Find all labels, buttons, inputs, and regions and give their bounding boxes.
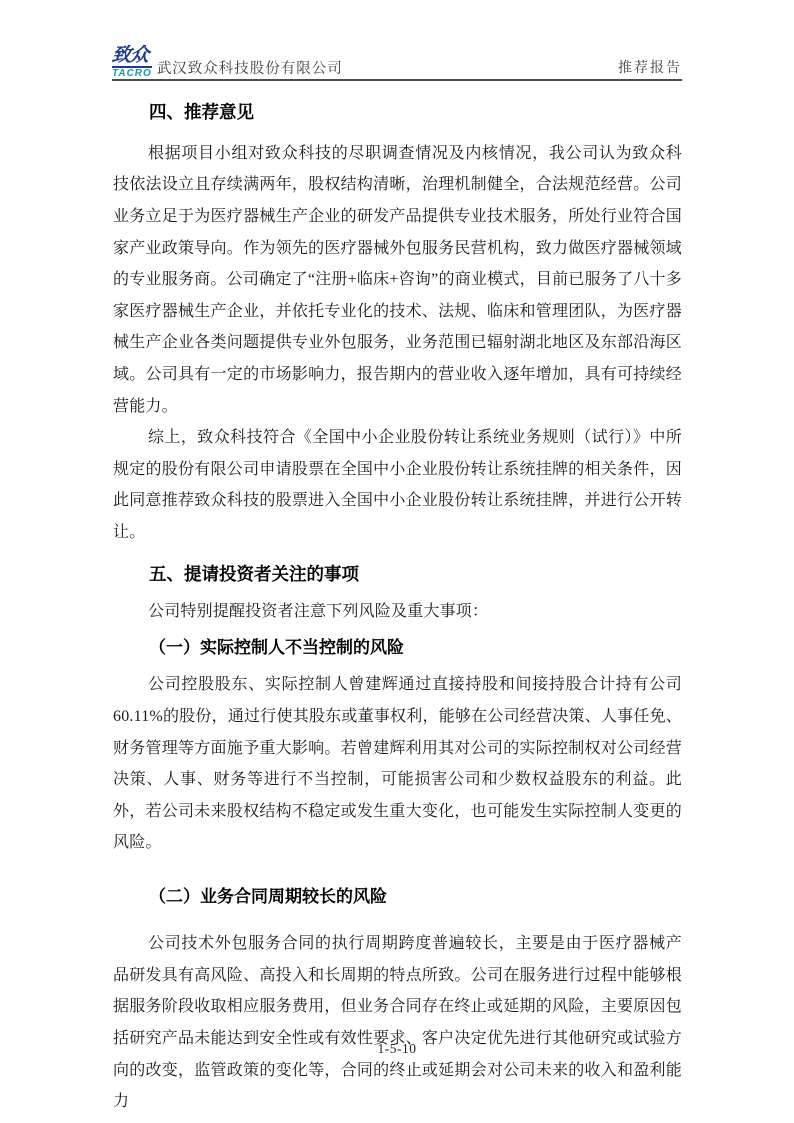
- section-investor-notice-title: 五、提请投资者关注的事项: [149, 564, 682, 586]
- contract-cycle-risk-paragraph: 公司技术外包服务合同的执行周期跨度普遍较长，主要是由于医疗器械产品研发具有高风险…: [113, 928, 682, 1118]
- company-name: 武汉致众科技股份有限公司: [157, 57, 343, 79]
- recommendation-paragraph-2: 综上，致众科技符合《全国中小企业股份转让系统业务规则（试行）》中所规定的股份有限…: [113, 422, 682, 548]
- subsection-contract-cycle-risk-title: （二）业务合同周期较长的风险: [149, 886, 682, 907]
- document-body: 四、推荐意见 根据项目小组对致众科技的尽职调查情况及内核情况，我公司认为致众科技…: [113, 90, 682, 1118]
- control-risk-paragraph: 公司控股股东、实际控制人曾建辉通过直接持股和间接持股合计持有公司60.11%的股…: [113, 669, 682, 859]
- company-logo: 致众 TACRO: [112, 46, 152, 79]
- subsection-control-risk-title: （一）实际控制人不当控制的风险: [149, 637, 682, 658]
- logo-zhizhong-mark: 致众: [111, 46, 153, 65]
- page-header: 致众 TACRO 武汉致众科技股份有限公司 推荐报告: [112, 46, 682, 79]
- header-divider-line: [112, 79, 682, 81]
- section-recommendation-title: 四、推荐意见: [149, 102, 682, 124]
- document-page: 致众 TACRO 武汉致众科技股份有限公司 推荐报告 四、推荐意见 根据项目小组…: [0, 0, 794, 1123]
- header-left-group: 致众 TACRO 武汉致众科技股份有限公司: [112, 46, 343, 79]
- investor-notice-intro: 公司特别提醒投资者注意下列风险及重大事项：: [113, 596, 682, 628]
- page-footer: 1-5-10: [0, 1041, 794, 1057]
- document-type-label: 推荐报告: [618, 57, 682, 79]
- page-number: 1-5-10: [378, 1041, 417, 1056]
- logo-tacro-wordmark: TACRO: [112, 66, 152, 79]
- recommendation-paragraph-1: 根据项目小组对致众科技的尽职调查情况及内核情况，我公司认为致众科技依法设立且存续…: [113, 138, 682, 422]
